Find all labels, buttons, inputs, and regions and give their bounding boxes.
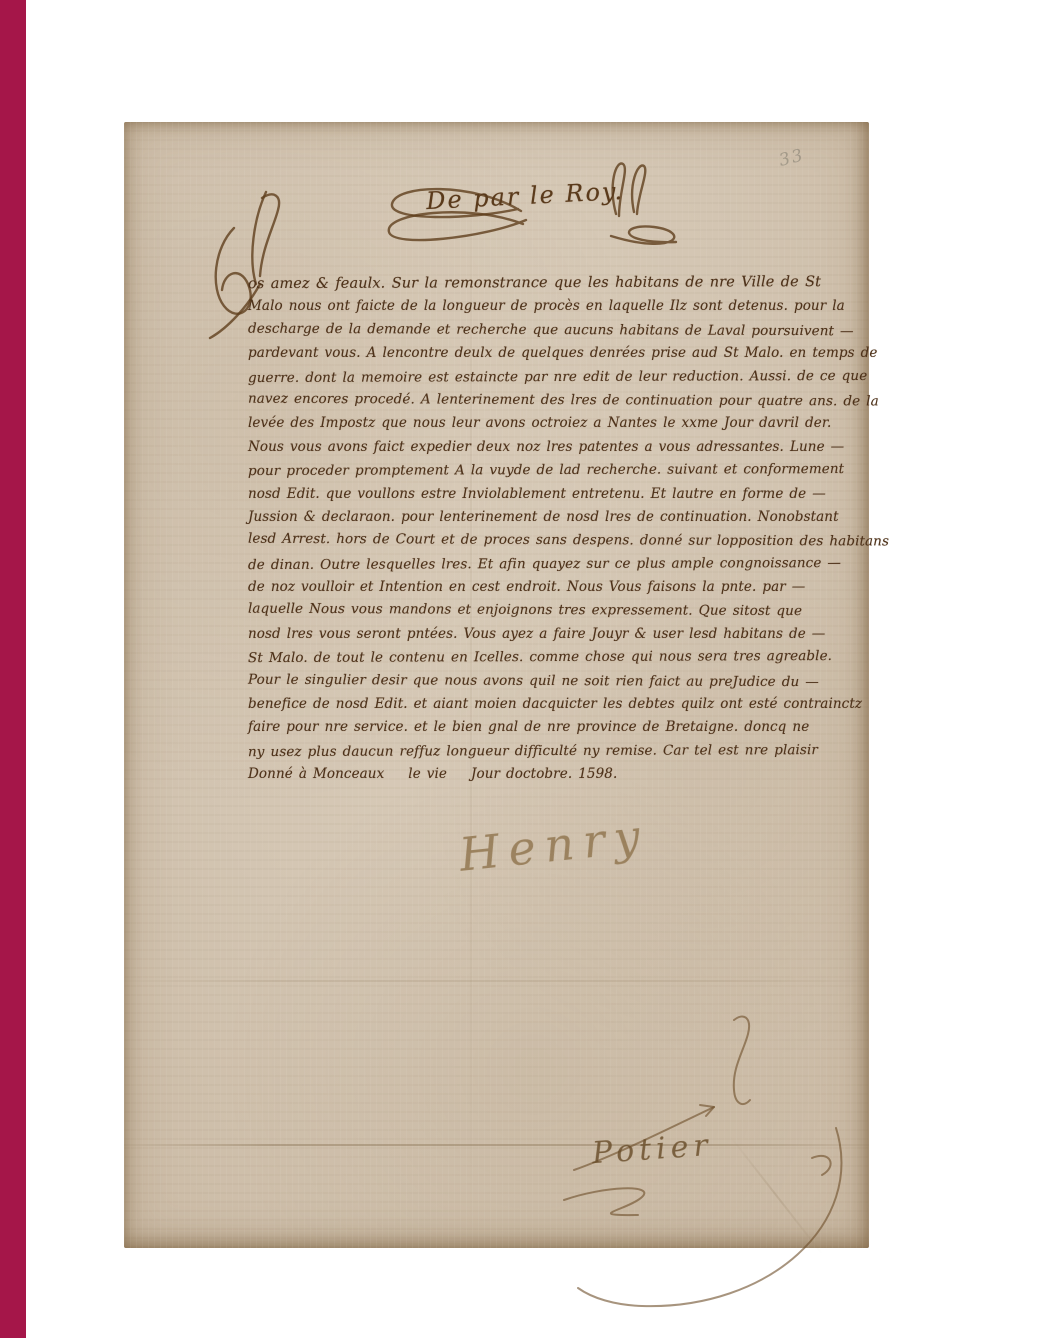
letter-body: os amez & feaulx. Sur la remonstrance qu…: [248, 272, 864, 787]
manuscript-line: Malo nous ont faicte de la longueur de p…: [248, 295, 864, 318]
manuscript-line: nosd lres vous seront pntées. Vous ayez …: [248, 623, 864, 646]
manuscript-line: ny usez plus daucun reffuz longueur diff…: [248, 739, 864, 765]
manuscript-line: laquelle Nous vous mandons et enjoignons…: [248, 598, 864, 624]
manuscript-line: faire pour nre service. et le bien gnal …: [248, 716, 864, 739]
manuscript-line: Pour le singulier desir que nous avons q…: [248, 668, 864, 694]
manuscript-line: de noz voulloir et Intention en cest end…: [248, 576, 864, 599]
manuscript-line: lesd Arrest. hors de Court et de proces …: [248, 528, 864, 554]
potier-paraph-icon: [544, 1010, 854, 1338]
red-accent-bar: [0, 0, 26, 1338]
manuscript-line: Donné à Monceaux le vie Jour doctobre. 1…: [248, 763, 864, 786]
manuscript-line: pour proceder promptement A la vuyde de …: [248, 458, 864, 484]
manuscript-line: nosd Edit. que voullons estre Inviolable…: [248, 483, 864, 506]
manuscript-line: St Malo. de tout le contenu en Icelles. …: [248, 645, 864, 671]
manuscript-line: os amez & feaulx. Sur la remonstrance qu…: [248, 271, 864, 297]
manuscript-line: guerre. dont la memoire est estaincte pa…: [248, 364, 864, 390]
manuscript-line: pardevant vous. A lencontre deulx de que…: [248, 342, 864, 365]
catalog-page: 33 De par le Roy. os amez & feaulx. Sur …: [0, 0, 1040, 1338]
manuscript-line: descharge de la demande et recherche que…: [248, 317, 864, 343]
manuscript-line: levée des Impostz que nous leur avons oc…: [248, 412, 864, 435]
manuscript-scan: 33 De par le Roy. os amez & feaulx. Sur …: [124, 122, 869, 1248]
fold-crease: [124, 980, 869, 982]
manuscript-line: de dinan. Outre lesquelles lres. Et afin…: [248, 552, 864, 578]
manuscript-line: Nous vous avons faict expedier deux noz …: [248, 436, 864, 459]
manuscript-line: navez encores procedé. A lenterinement d…: [248, 388, 864, 414]
manuscript-line: Jussion & declaraon. pour lenterinement …: [248, 506, 864, 529]
manuscript-line: benefice de nosd Edit. et aiant moien da…: [248, 693, 864, 716]
henry-signature: Henry: [417, 804, 691, 886]
